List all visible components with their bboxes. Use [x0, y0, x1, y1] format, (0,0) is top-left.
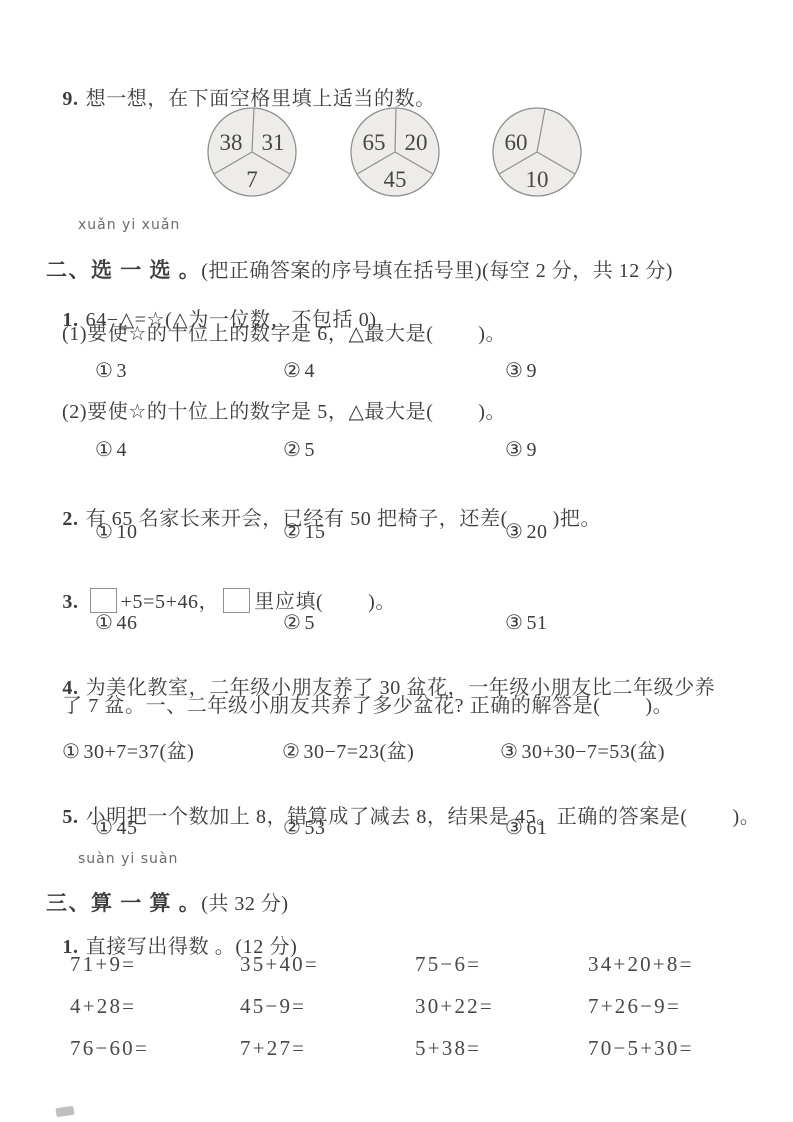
- option-3: ③20: [505, 519, 547, 544]
- circled-2-icon: ②: [283, 519, 301, 543]
- question-9-number: 9.: [62, 88, 78, 110]
- option-2-value: 4: [304, 360, 315, 382]
- option-3: ③30+30−7=53(盆): [500, 735, 665, 764]
- option-3-value: 30+30−7=53(盆): [521, 741, 665, 763]
- question-5-options: ①45 ②53 ③61: [0, 815, 793, 845]
- option-1-value: 10: [116, 521, 137, 543]
- circled-2-icon: ②: [283, 358, 301, 382]
- option-1-value: 4: [116, 439, 127, 461]
- option-3-value: 51: [526, 612, 547, 634]
- circled-2-icon: ②: [283, 610, 301, 634]
- math-problem: 70−5+30=: [588, 1036, 694, 1061]
- math-problem: 5+38=: [415, 1036, 481, 1061]
- option-2-value: 30−7=23(盆): [303, 741, 414, 763]
- circled-3-icon: ③: [505, 358, 523, 382]
- question-1-part-1: (1)要使☆的十位上的数字是 6，△最大是( )。: [62, 321, 506, 347]
- option-1: ①30+7=37(盆): [62, 735, 194, 764]
- circled-2-icon: ②: [283, 437, 301, 461]
- option-1: ①45: [95, 815, 137, 840]
- option-1: ①10: [95, 519, 137, 544]
- circle-1-left-value: 38: [220, 130, 243, 155]
- option-2: ②30−7=23(盆): [282, 735, 414, 764]
- option-2-value: 5: [304, 439, 315, 461]
- option-3: ③61: [505, 815, 547, 840]
- math-problem: 35+40=: [240, 952, 319, 977]
- option-3-value: 20: [526, 521, 547, 543]
- circled-2-icon: ②: [283, 815, 301, 839]
- question-1-part-1-options: ①3 ②4 ③9: [0, 358, 793, 388]
- math-problem: 75−6=: [415, 952, 481, 977]
- circled-1-icon: ①: [95, 519, 113, 543]
- option-3-value: 61: [526, 817, 547, 839]
- circled-1-icon: ①: [95, 437, 113, 461]
- circled-1-icon: ①: [95, 610, 113, 634]
- question-1-part-2: (2)要使☆的十位上的数字是 5，△最大是( )。: [62, 399, 506, 425]
- option-1-value: 3: [116, 360, 127, 382]
- math-problem: 34+20+8=: [588, 952, 694, 977]
- option-2-value: 53: [304, 817, 325, 839]
- option-2-value: 5: [304, 612, 315, 634]
- option-2: ②53: [283, 815, 325, 840]
- math-problem: 4+28=: [70, 994, 136, 1019]
- option-3-value: 9: [526, 360, 537, 382]
- option-1-value: 30+7=37(盆): [83, 741, 194, 763]
- circled-1-icon: ①: [62, 739, 80, 763]
- number-circle-3: 60 10: [493, 108, 581, 196]
- option-3: ③9: [505, 358, 537, 383]
- math-problem: 30+22=: [415, 994, 494, 1019]
- question-1-part-2-options: ①4 ②5 ③9: [0, 437, 793, 467]
- circled-1-icon: ①: [95, 815, 113, 839]
- number-circle-1: 38 31 7: [208, 108, 296, 196]
- section-2-pinyin: xuǎn yi xuǎn: [78, 217, 180, 233]
- option-1-value: 45: [116, 817, 137, 839]
- scan-artifact: [55, 1106, 74, 1117]
- math-problem: 7+27=: [240, 1036, 306, 1061]
- math-problem: 45−9=: [240, 994, 306, 1019]
- math-problem: 71+9=: [70, 952, 136, 977]
- circle-3-bottom-value: 10: [526, 167, 549, 192]
- circle-2-left-value: 65: [363, 130, 386, 155]
- option-2: ②4: [283, 358, 315, 383]
- circle-1-right-value: 31: [262, 130, 285, 155]
- circled-3-icon: ③: [505, 815, 523, 839]
- circled-3-icon: ③: [505, 437, 523, 461]
- circle-3-left-value: 60: [505, 130, 528, 155]
- question-4-options: ①30+7=37(盆) ②30−7=23(盆) ③30+30−7=53(盆): [0, 735, 793, 765]
- section-2-title: 二、选 一 选 。: [46, 258, 201, 282]
- circled-3-icon: ③: [505, 519, 523, 543]
- question-1-stem: 1.64−△=☆(△为一位数，不包括 0): [40, 281, 377, 359]
- number-circles-figure: 38 31 7 65 20 45 60 10: [200, 103, 590, 203]
- option-1: ①46: [95, 610, 137, 635]
- option-2: ②5: [283, 610, 315, 635]
- circled-1-icon: ①: [95, 358, 113, 382]
- option-2: ②5: [283, 437, 315, 462]
- circle-2-right-value: 20: [405, 130, 428, 155]
- question-3-options: ①46 ②5 ③51: [0, 610, 793, 640]
- option-3: ③51: [505, 610, 547, 635]
- option-2-value: 15: [304, 521, 325, 543]
- section-2-note: (把正确答案的序号填在括号里)(每空 2 分，共 12 分): [201, 260, 673, 282]
- option-2: ②15: [283, 519, 325, 544]
- option-1: ①3: [95, 358, 127, 383]
- section-3-pinyin: suàn yi suàn: [78, 851, 178, 867]
- math-worksheet-page: 9.想一想，在下面空格里填上适当的数。 38 31 7 65 20 45 60: [0, 0, 793, 1122]
- circled-3-icon: ③: [500, 739, 518, 763]
- circled-2-icon: ②: [282, 739, 300, 763]
- math-problem: 7+26−9=: [588, 994, 681, 1019]
- option-3: ③9: [505, 437, 537, 462]
- math-problem: 76−60=: [70, 1036, 149, 1061]
- circle-1-bottom-value: 7: [246, 167, 258, 192]
- option-1-value: 46: [116, 612, 137, 634]
- circled-3-icon: ③: [505, 610, 523, 634]
- option-3-value: 9: [526, 439, 537, 461]
- option-1: ①4: [95, 437, 127, 462]
- number-circle-2: 65 20 45: [351, 108, 439, 196]
- circle-2-bottom-value: 45: [384, 167, 407, 192]
- question-2-options: ①10 ②15 ③20: [0, 519, 793, 549]
- question-4-stem-line-2: 了 7 盆。一、二年级小朋友共养了多少盆花? 正确的解答是( )。: [62, 693, 673, 719]
